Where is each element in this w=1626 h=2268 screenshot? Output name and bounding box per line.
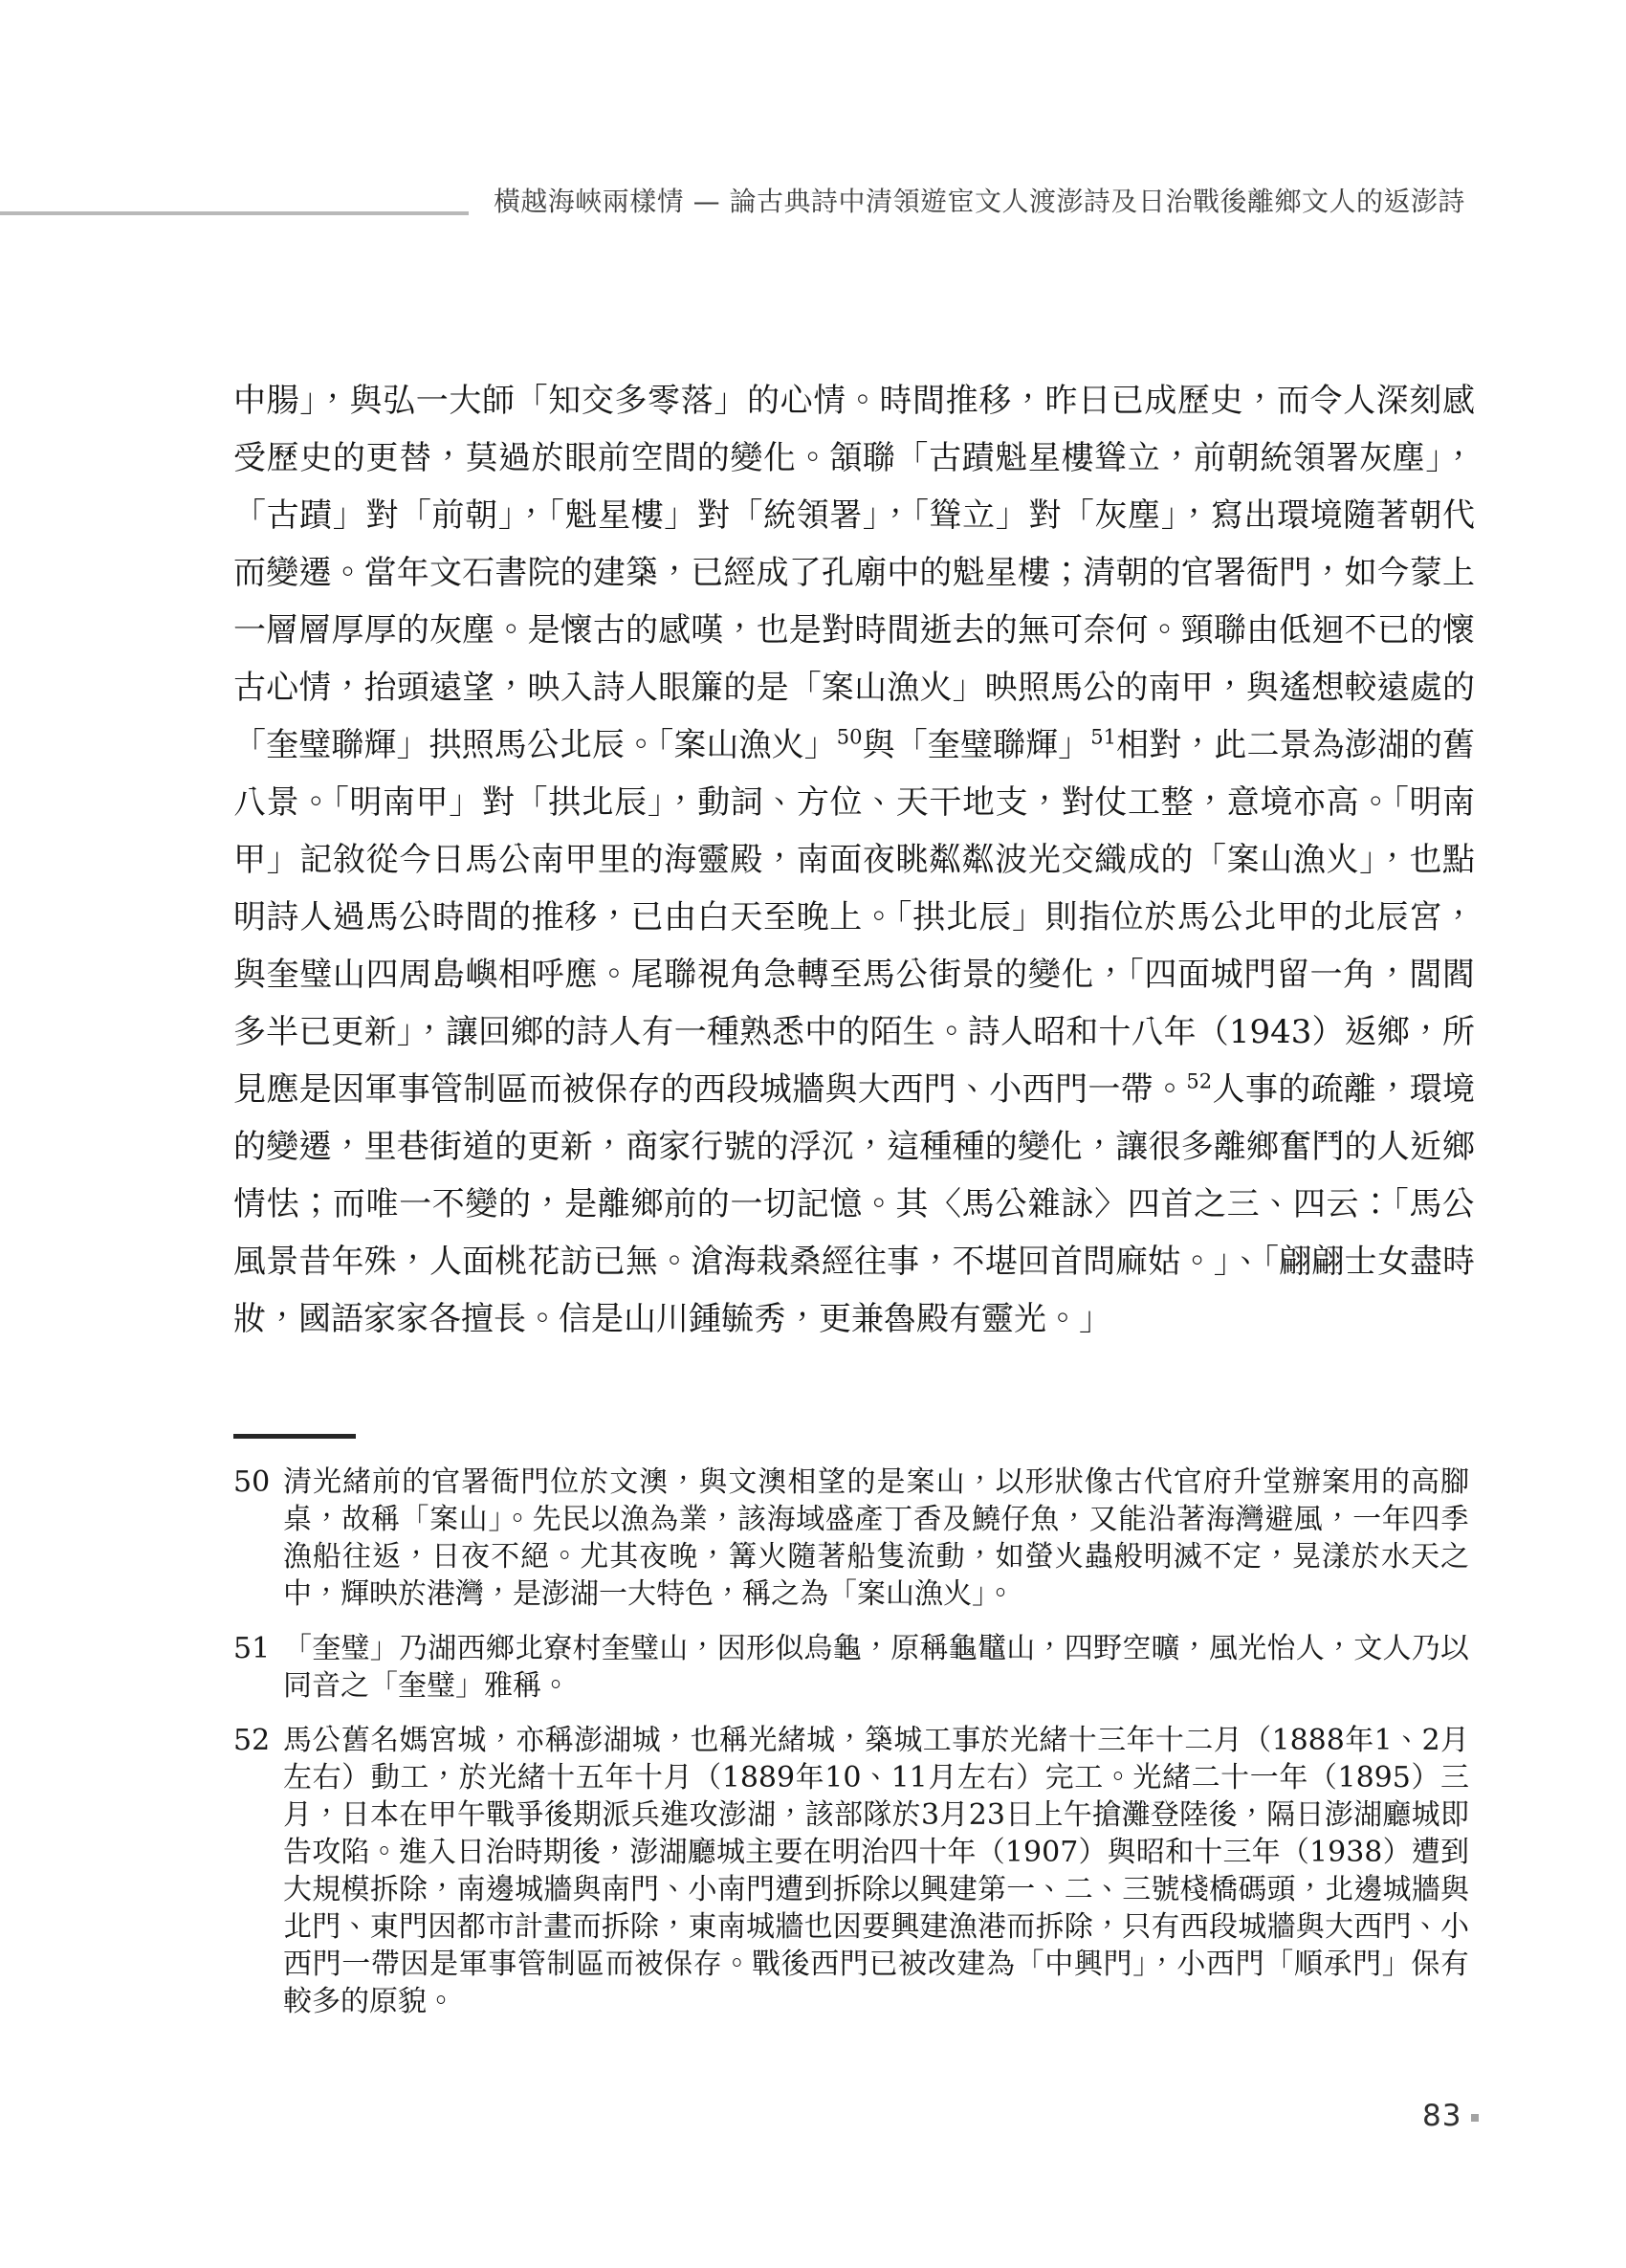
quoted-verse-text: 奎璧聯輝 <box>928 726 1058 764</box>
quoted-verse-text: 案山漁火 <box>857 1577 972 1611</box>
quoted-verse-text: 案山漁火 <box>1227 841 1360 879</box>
quoted-verse-text: 中興門 <box>1044 1948 1132 1981</box>
body-text: 」 <box>804 726 837 764</box>
footnote-ref-50: 50 <box>837 726 863 749</box>
quoted-verse-text: 拱北辰 <box>912 898 1012 936</box>
body-text: 」。 <box>972 1577 1015 1611</box>
body-text: 」拱照馬公北辰。「 <box>396 726 673 764</box>
quoted-verse-text: 奎璧 <box>398 1669 455 1703</box>
body-text: 「 <box>283 1632 312 1665</box>
footnote-text: 馬公舊名媽宮城，亦稱澎湖城，也稱光緒城，築城工事於光緒十三年十二月（1888年1… <box>283 1722 1469 2020</box>
document-page: 橫越海峽兩樣情 — 論古典詩中清領遊宦文人渡澎詩及日治戰後離鄉文人的返澎詩 中腸… <box>0 0 1626 2268</box>
body-text: 」，「古蹟」對「前朝」，「魁星樓」對「統領署」，「聳立」對「灰塵」，寫出環境隨著… <box>233 439 1475 707</box>
body-text: 」，小西門「 <box>1132 1948 1294 1981</box>
footnote-51: 51「奎璧」乃湖西鄉北寮村奎璧山，因形似烏龜，原稱龜鼊山，四野空曠，風光怡人，文… <box>233 1630 1469 1705</box>
quoted-verse-text: 案山漁火 <box>673 726 803 764</box>
body-text: 」 <box>1058 726 1090 764</box>
quoted-verse-text: 明南甲 <box>349 783 449 822</box>
footnote-text: 清光緒前的官署衙門位於文澳，與文澳相望的是案山，以形狀像古代官府升堂辦案用的高腳… <box>283 1464 1469 1613</box>
footnote-50: 50清光緒前的官署衙門位於文澳，與文澳相望的是案山，以形狀像古代官府升堂辦案用的… <box>233 1464 1469 1613</box>
running-head-title: 橫越海峽兩樣情 — 論古典詩中清領遊宦文人渡澎詩及日治戰後離鄉文人的返澎詩 <box>363 181 1465 219</box>
page-number-marker-square <box>1471 2114 1479 2122</box>
body-text: 馬公舊名媽宮城，亦稱澎湖城，也稱光緒城，築城工事於光緒十三年十二月（1888年1… <box>283 1724 1469 1981</box>
footnote-separator-rule <box>233 1434 356 1439</box>
footnote-text: 「奎璧」乃湖西鄉北寮村奎璧山，因形似烏龜，原稱龜鼊山，四野空曠，風光怡人，文人乃… <box>283 1630 1469 1705</box>
footnote-number: 50 <box>233 1464 283 1613</box>
body-paragraph: 中腸」，與弘一大師「知交多零落」的心情。時間推移，昨日已成歷史，而令人深刻感受歷… <box>233 372 1475 1348</box>
quoted-verse-text: 奎璧 <box>312 1632 370 1665</box>
footnote-number: 51 <box>233 1630 283 1705</box>
page-number: 83 <box>1422 2099 1461 2133</box>
quoted-verse-text: 知交多零落 <box>548 382 714 420</box>
body-text: 」記敘從今日馬公南甲里的海靈殿，南面夜眺粼粼波光交織成的「 <box>267 841 1227 879</box>
body-text: 」、「 <box>1214 1243 1279 1281</box>
quoted-verse-text: 古蹟魁星樓聳立，前朝統領署灰塵 <box>929 439 1425 477</box>
body-text: 」 <box>1079 1300 1111 1338</box>
footnote-52: 52馬公舊名媽宮城，亦稱澎湖城，也稱光緒城，築城工事於光緒十三年十二月（1888… <box>233 1722 1469 2020</box>
quoted-verse-text: 奎璧聯輝 <box>266 726 396 764</box>
quoted-verse-text: 拱北辰 <box>548 783 648 822</box>
footnote-ref-52: 52 <box>1186 1070 1212 1093</box>
footnotes-section: 50清光緒前的官署衙門位於文澳，與文澳相望的是案山，以形狀像古代官府升堂辦案用的… <box>233 1464 1469 2037</box>
body-text: 」對「 <box>449 783 548 822</box>
body-text: 」雅稱。 <box>455 1669 570 1703</box>
quoted-verse-text: 順承門 <box>1294 1948 1382 1981</box>
quoted-verse-text: 案山漁火 <box>822 669 953 707</box>
body-text: 中腸」，與弘一大師「 <box>233 382 548 420</box>
body-text: 與「 <box>863 726 928 764</box>
footnote-number: 52 <box>233 1722 283 2020</box>
quoted-verse-text: 案山 <box>429 1503 488 1536</box>
body-text: 」，動詞、方位、天干地支，對仗工整，意境亦高。「 <box>648 783 1410 822</box>
footnote-ref-51: 51 <box>1090 726 1116 749</box>
